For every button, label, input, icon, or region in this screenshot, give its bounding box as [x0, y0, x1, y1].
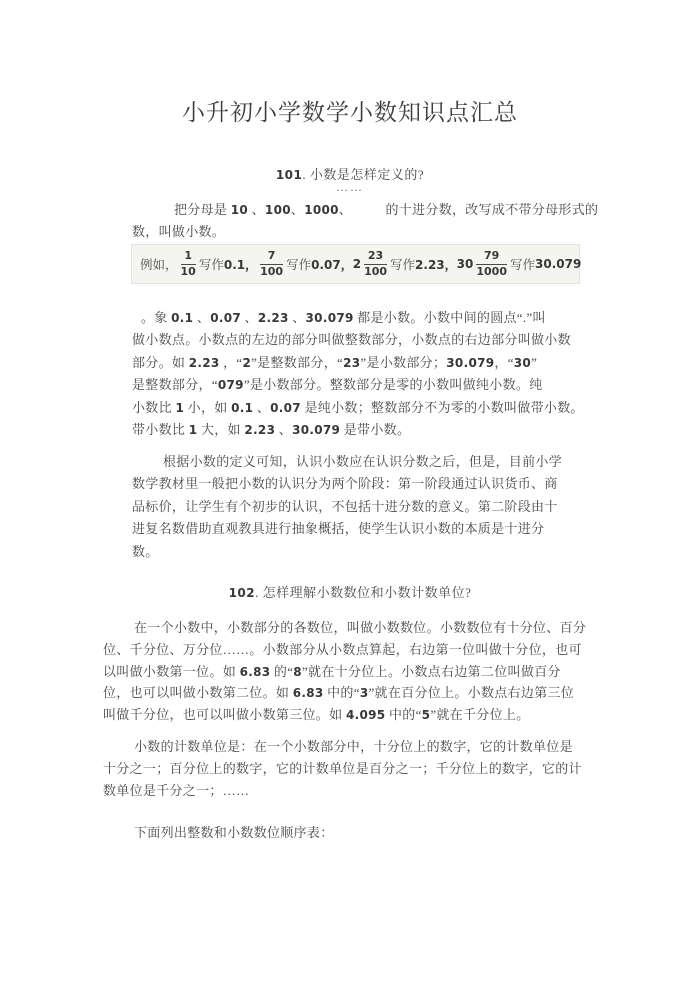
text-line: 进复名数借助直观教具进行抽象概括，使学生认识小数的本质是十进分	[132, 518, 562, 540]
formula-value: 2.23，	[415, 256, 457, 273]
ellipsis-mark: ……	[0, 180, 700, 195]
text-line: 小数比 1 小，如 0.1 、0.07 是纯小数；整数部分不为零的小数叫做带小数…	[132, 397, 584, 419]
page: 小升初小学数学小数知识点汇总 101. 小数是怎样定义的? …… 把分母是 10…	[0, 0, 700, 989]
formula-whole: 2	[353, 257, 361, 271]
formula-label: 写作	[390, 255, 415, 273]
text-line: 下面列出整数和小数数位顺序表：	[103, 822, 334, 844]
formula-whole: 30	[457, 257, 474, 271]
text-line: 。象 0.1 、0.07 、2.23 、30.079 都是小数。小数中间的圆点“…	[132, 307, 584, 329]
formula-value: 0.1，	[224, 256, 257, 273]
formula-label: 写作	[510, 255, 535, 273]
document-title: 小升初小学数学小数知识点汇总	[0, 94, 700, 127]
text-line: 数单位是千分之一；……	[103, 780, 582, 802]
text-line: 位，也可以叫做小数第二位。如 6.83 中的“3”就在百分位上。小数点右边第三位	[103, 682, 586, 704]
text-line: 以叫做小数第一位。如 6.83 的“8”就在十分位上。小数点右边第二位叫做百分	[103, 661, 586, 683]
text-line: 叫做千分位，也可以叫做小数第三位。如 4.095 中的“5”就在千分位上。	[103, 704, 586, 726]
paragraph-decimal-places: 在一个小数中，小数部分的各数位，叫做小数数位。小数数位有十分位、百分 位、千分位…	[103, 617, 586, 726]
formula-prefix: 例如，	[140, 255, 178, 273]
text-line: 品标价，让学生有个初步的认识，不包括十进分数的意义。第二阶段由十	[132, 496, 562, 518]
text-line: 数。	[132, 541, 562, 563]
fraction-23-100: 23100	[364, 250, 387, 278]
paragraph-teaching-stages: 根据小数的定义可知，认识小数应在认识分数之后，但是，目前小学 数学教材里一般把小…	[132, 451, 562, 563]
section-102-heading: 102. 怎样理解小数数位和小数计数单位?	[0, 582, 700, 601]
formula-example-image: 例如， 110 写作0.1， 7100 写作0.07， 223100 写作2.2…	[131, 244, 580, 284]
paragraph-table-note: 下面列出整数和小数数位顺序表：	[103, 822, 334, 844]
formula-label: 写作	[286, 255, 311, 273]
paragraph-decimal-kinds: 。象 0.1 、0.07 、2.23 、30.079 都是小数。小数中间的圆点“…	[132, 307, 584, 441]
fraction-79-1000: 791000	[476, 250, 507, 278]
text-line: 把分母是 10 、100、1000、 的十进分数，改写成不带分母形式的	[132, 199, 598, 221]
text-line: 在一个小数中，小数部分的各数位，叫做小数数位。小数数位有十分位、百分	[103, 617, 586, 639]
text-line: 十分之一；百分位上的数字，它的计数单位是百分之一；千分位上的数字，它的计	[103, 758, 582, 780]
text-line: 数学教材里一般把小数的认识分为两个阶段：第一阶段通过认识货币、商	[132, 473, 562, 495]
text-line: 小数的计数单位是：在一个小数部分中，十分位上的数字，它的计数单位是	[103, 736, 582, 758]
formula-value: 0.07，	[311, 256, 353, 273]
text-line: 部分。如 2.23 ，“2”是整数部分，“23”是小数部分；30.079，“30…	[132, 352, 584, 374]
text-line: 做小数点。小数点的左边的部分叫做整数部分，小数点的右边部分叫做小数	[132, 329, 584, 351]
text-line: 带小数比 1 大，如 2.23 、30.079 是带小数。	[132, 419, 584, 441]
formula-value: 30.079	[535, 257, 581, 271]
paragraph-definition: 把分母是 10 、100、1000、 的十进分数，改写成不带分母形式的 数，叫做…	[132, 199, 598, 244]
fraction-7-100: 7100	[260, 250, 283, 278]
text-line: 是整数部分，“079”是小数部分。整数部分是零的小数叫做纯小数。纯	[132, 374, 584, 396]
paragraph-counting-units: 小数的计数单位是：在一个小数部分中，十分位上的数字，它的计数单位是 十分之一；百…	[103, 736, 582, 801]
text-line: 位、千分位、万分位……。小数部分从小数点算起，右边第一位叫做十分位，也可	[103, 639, 586, 661]
fraction-1-10: 110	[181, 250, 196, 278]
text-line: 根据小数的定义可知，认识小数应在认识分数之后，但是，目前小学	[132, 451, 562, 473]
formula-label: 写作	[199, 255, 224, 273]
text-line: 数，叫做小数。	[132, 221, 598, 243]
